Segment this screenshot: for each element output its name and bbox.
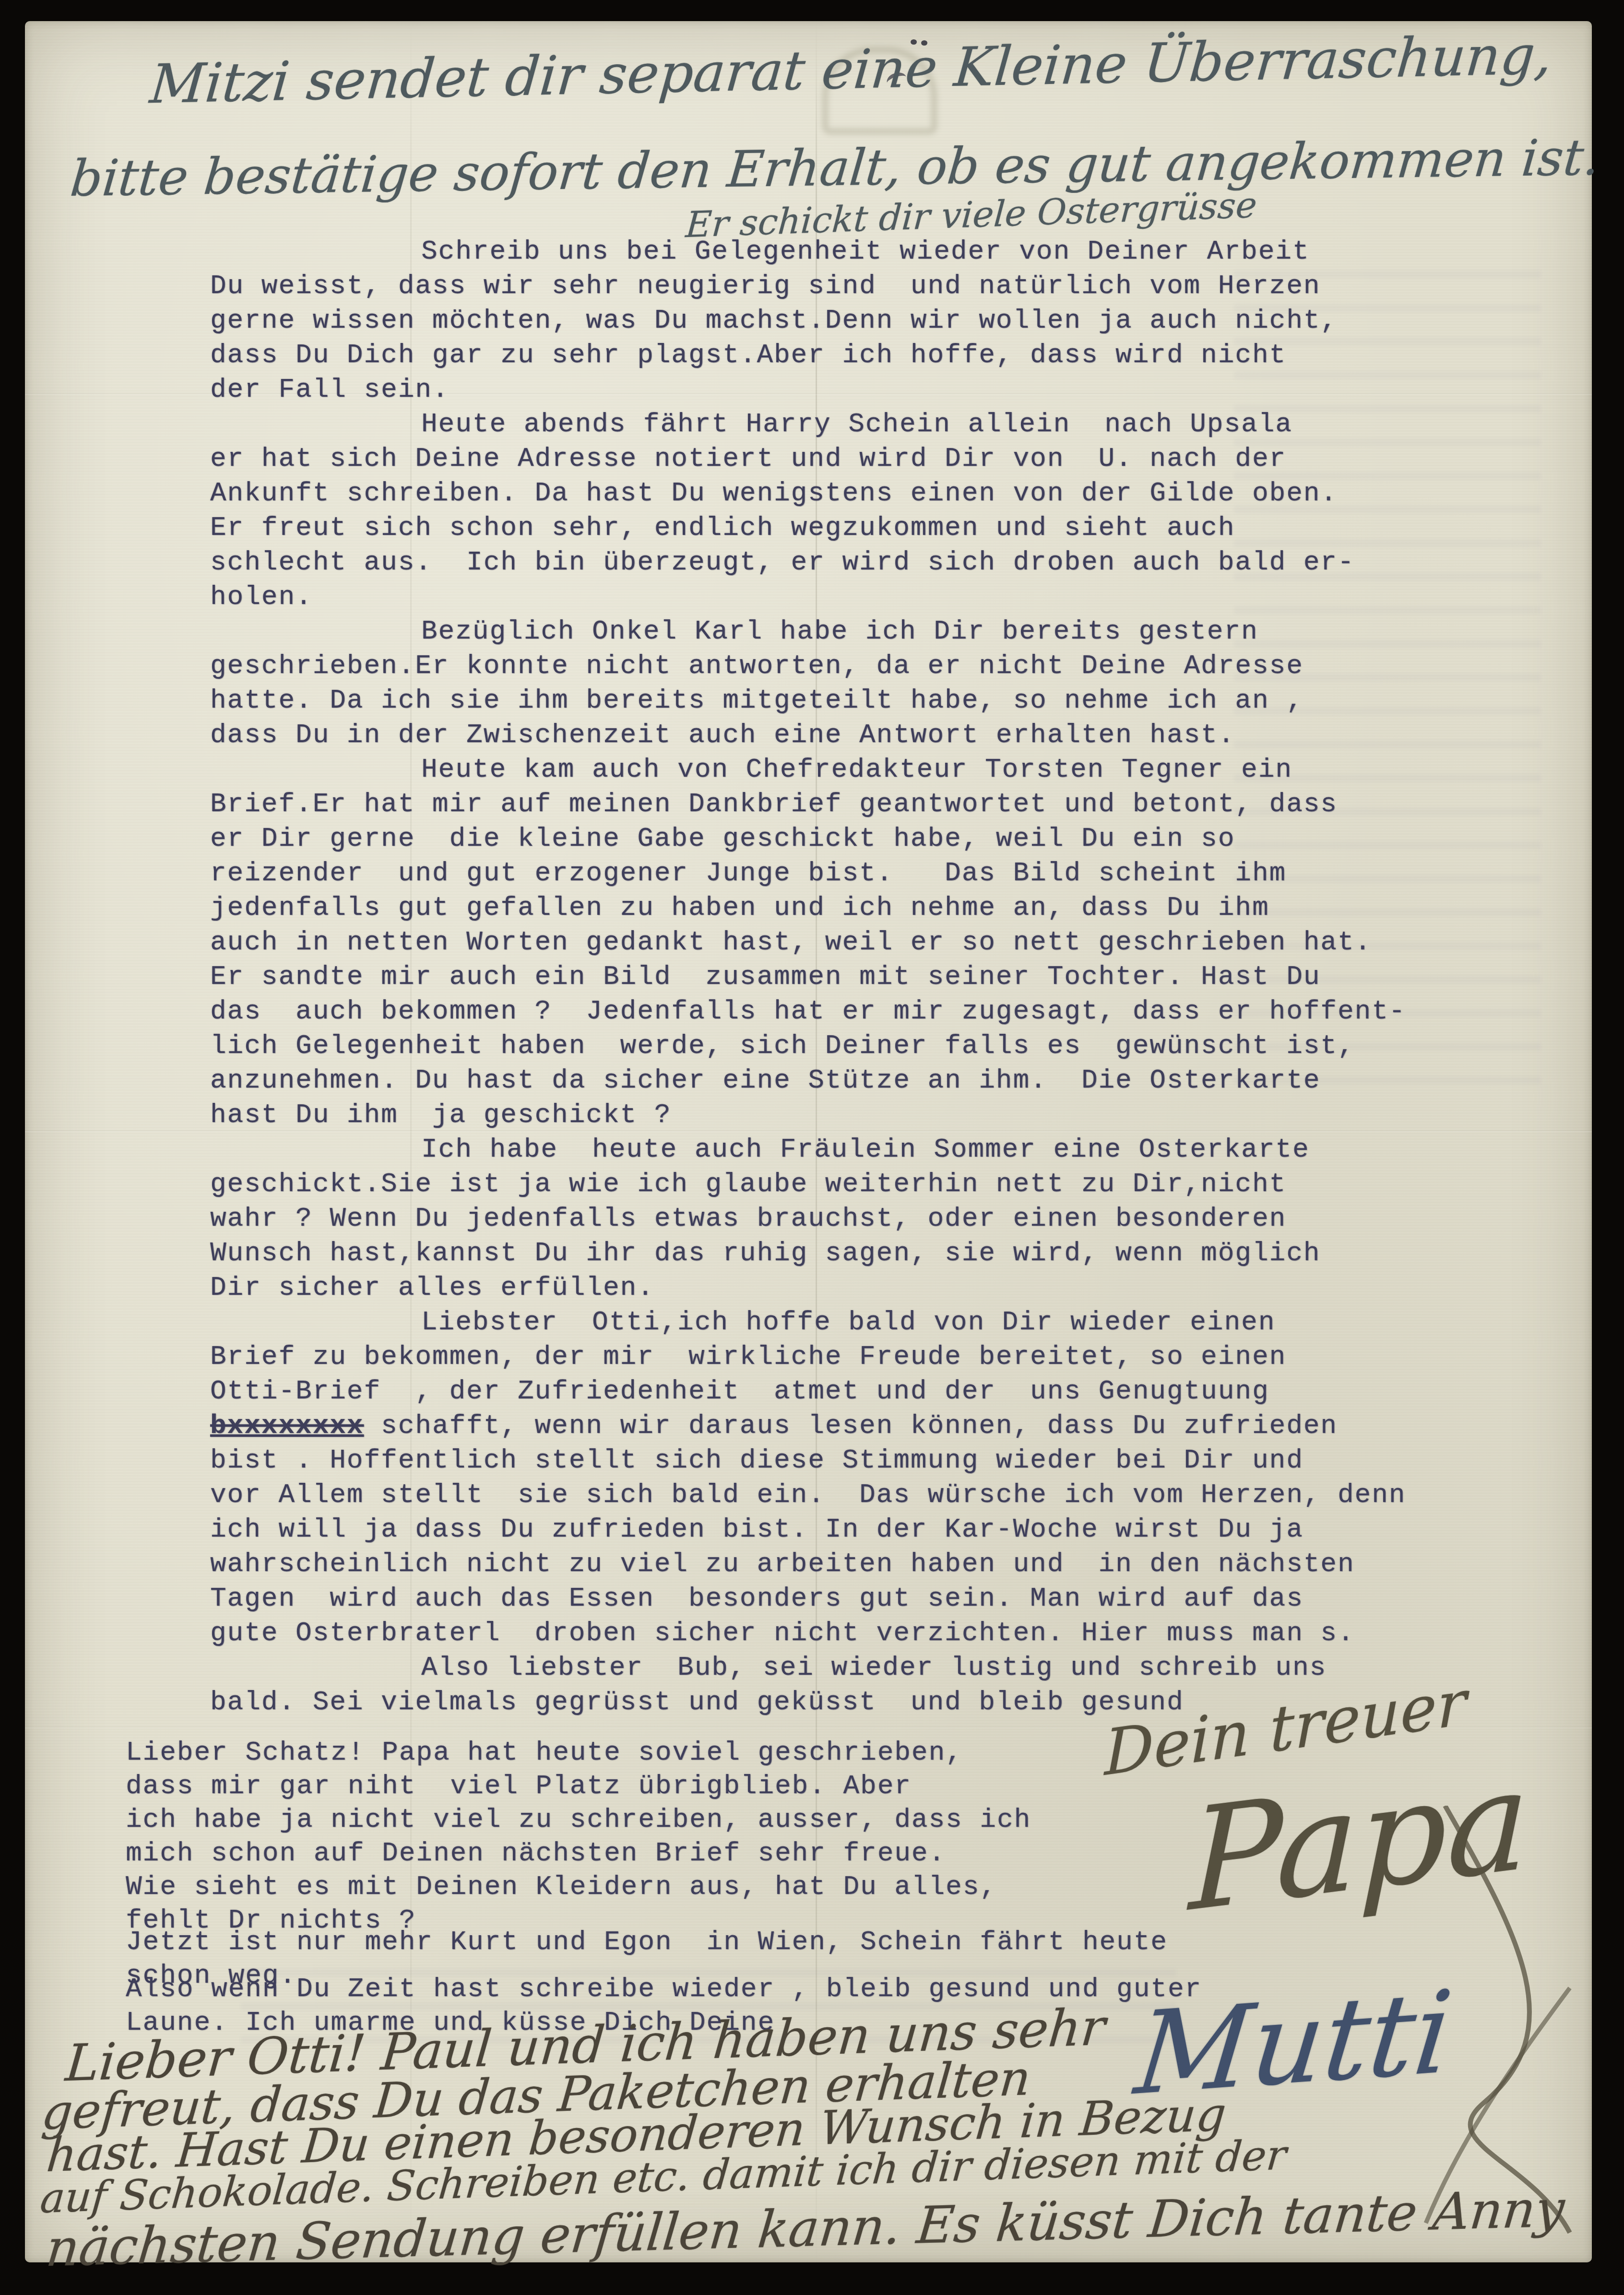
typed-line: Brief zu bekommen, der mir wirkliche Fre… xyxy=(210,1339,1553,1374)
typed-line: dass Du in der Zwischenzeit auch eine An… xyxy=(210,718,1553,752)
struck-out-word: bxxxxxxxx xyxy=(210,1410,364,1441)
typed-line: Dir sicher alles erfüllen. xyxy=(210,1270,1553,1305)
typed-line: Bezüglich Onkel Karl habe ich Dir bereit… xyxy=(210,614,1553,649)
typed-line: reizender und gut erzogener Junge bist. … xyxy=(210,856,1553,890)
typed-line: vor Allem stellt sie sich bald ein. Das … xyxy=(210,1478,1553,1512)
typed-line: Wunsch hast,kannst Du ihr das ruhig sage… xyxy=(210,1236,1553,1270)
typed-line: wahrscheinlich nicht zu viel zu arbeiten… xyxy=(210,1547,1553,1581)
typed-line: geschickt.Sie ist ja wie ich glaube weit… xyxy=(210,1167,1553,1201)
typed-line: Lieber Schatz! Papa hat heute soviel ges… xyxy=(126,1736,1229,1769)
typed-line: Ankunft schreiben. Da hast Du wenigstens… xyxy=(210,476,1553,510)
typed-line-overstruck: Jetzt ist nur mehr Kurt und Egon in Wien… xyxy=(126,1925,1229,1959)
typed-line: Ich habe heute auch Fräulein Sommer eine… xyxy=(210,1132,1553,1167)
typed-line: Wie sieht es mit Deinen Kleidern aus, ha… xyxy=(126,1870,1229,1904)
typed-line-with-strikeout: bxxxxxxxx schafft, wenn wir daraus lesen… xyxy=(210,1408,1553,1443)
typed-line: das auch bekommen ? Jedenfalls hat er mi… xyxy=(210,994,1553,1029)
typed-line: Brief.Er hat mir auf meinen Dankbrief ge… xyxy=(210,787,1553,821)
typed-line: ich habe ja nicht viel zu schreiben, aus… xyxy=(126,1803,1229,1836)
typed-line: hast Du ihm ja geschickt ? xyxy=(210,1098,1553,1132)
typed-letter-body: Schreib uns bei Gelegenheit wieder von D… xyxy=(210,234,1553,1719)
handwritten-annotation-line: bitte bestätige sofort den Erhalt, ob es… xyxy=(69,132,1602,204)
typed-line: Du weisst, dass wir sehr neugierig sind … xyxy=(210,269,1553,303)
typed-line: geschrieben.Er konnte nicht antworten, d… xyxy=(210,649,1553,683)
typed-line: hatte. Da ich sie ihm bereits mitgeteilt… xyxy=(210,683,1553,718)
typed-line: wahr ? Wenn Du jedenfalls etwas brauchst… xyxy=(210,1201,1553,1236)
typed-line: gute Osterbraterl droben sicher nicht ve… xyxy=(210,1616,1553,1650)
typed-line: lich Gelegenheit haben werde, sich Deine… xyxy=(210,1029,1553,1063)
typed-line: der Fall sein. xyxy=(210,372,1553,407)
typed-line: er hat sich Deine Adresse notiert und wi… xyxy=(210,441,1553,476)
typed-line: auch in netten Worten gedankt hast, weil… xyxy=(210,925,1553,959)
handwritten-annotation-line: Mitzi sendet dir separat eine Kleine Übe… xyxy=(148,28,1554,111)
typed-line: Schreib uns bei Gelegenheit wieder von D… xyxy=(210,234,1553,269)
typed-line: dass mir gar niht viel Platz übrigblieb.… xyxy=(126,1769,1229,1803)
typed-line-rest: schafft, wenn wir daraus lesen können, d… xyxy=(364,1410,1338,1441)
typed-line: Er freut sich schon sehr, endlich wegzuk… xyxy=(210,510,1553,545)
typed-line: er Dir gerne die kleine Gabe geschickt h… xyxy=(210,821,1553,856)
typed-line: anzunehmen. Du hast da sicher eine Stütz… xyxy=(210,1063,1553,1098)
typed-line: holen. xyxy=(210,580,1553,614)
typed-line: dass Du Dich gar zu sehr plagst.Aber ich… xyxy=(210,338,1553,372)
typed-line: Heute kam auch von Chefredakteur Torsten… xyxy=(210,752,1553,787)
typed-line: Also liebster Bub, sei wieder lustig und… xyxy=(210,1650,1553,1685)
letter-paper: Mitzi sendet dir separat eine Kleine Übe… xyxy=(25,21,1592,2262)
typed-line: gerne wissen möchten, was Du machst.Denn… xyxy=(210,303,1553,338)
typed-line: ich will ja dass Du zufrieden bist. In d… xyxy=(210,1512,1553,1547)
typed-line: Tagen wird auch das Essen besonders gut … xyxy=(210,1581,1553,1616)
typed-line: Liebster Otti,ich hoffe bald von Dir wie… xyxy=(210,1305,1553,1339)
typed-line: schlecht aus. Ich bin überzeugt, er wird… xyxy=(210,545,1553,580)
typed-line: jedenfalls gut gefallen zu haben und ich… xyxy=(210,890,1553,925)
typed-postscript-block: Lieber Schatz! Papa hat heute soviel ges… xyxy=(126,1736,1229,2039)
typed-line: Otti-Brief , der Zufriedenheit atmet und… xyxy=(210,1374,1553,1408)
typed-line: bist . Hoffentlich stellt sich diese Sti… xyxy=(210,1443,1553,1478)
scanned-letter-page: { "document": { "kind": "scanned typewri… xyxy=(0,0,1624,2295)
typed-line: Er sandte mir auch ein Bild zusammen mit… xyxy=(210,959,1553,994)
typed-line: Heute abends fährt Harry Schein allein n… xyxy=(210,407,1553,441)
typed-line: mich schon auf Deinen nächsten Brief seh… xyxy=(126,1836,1229,1870)
